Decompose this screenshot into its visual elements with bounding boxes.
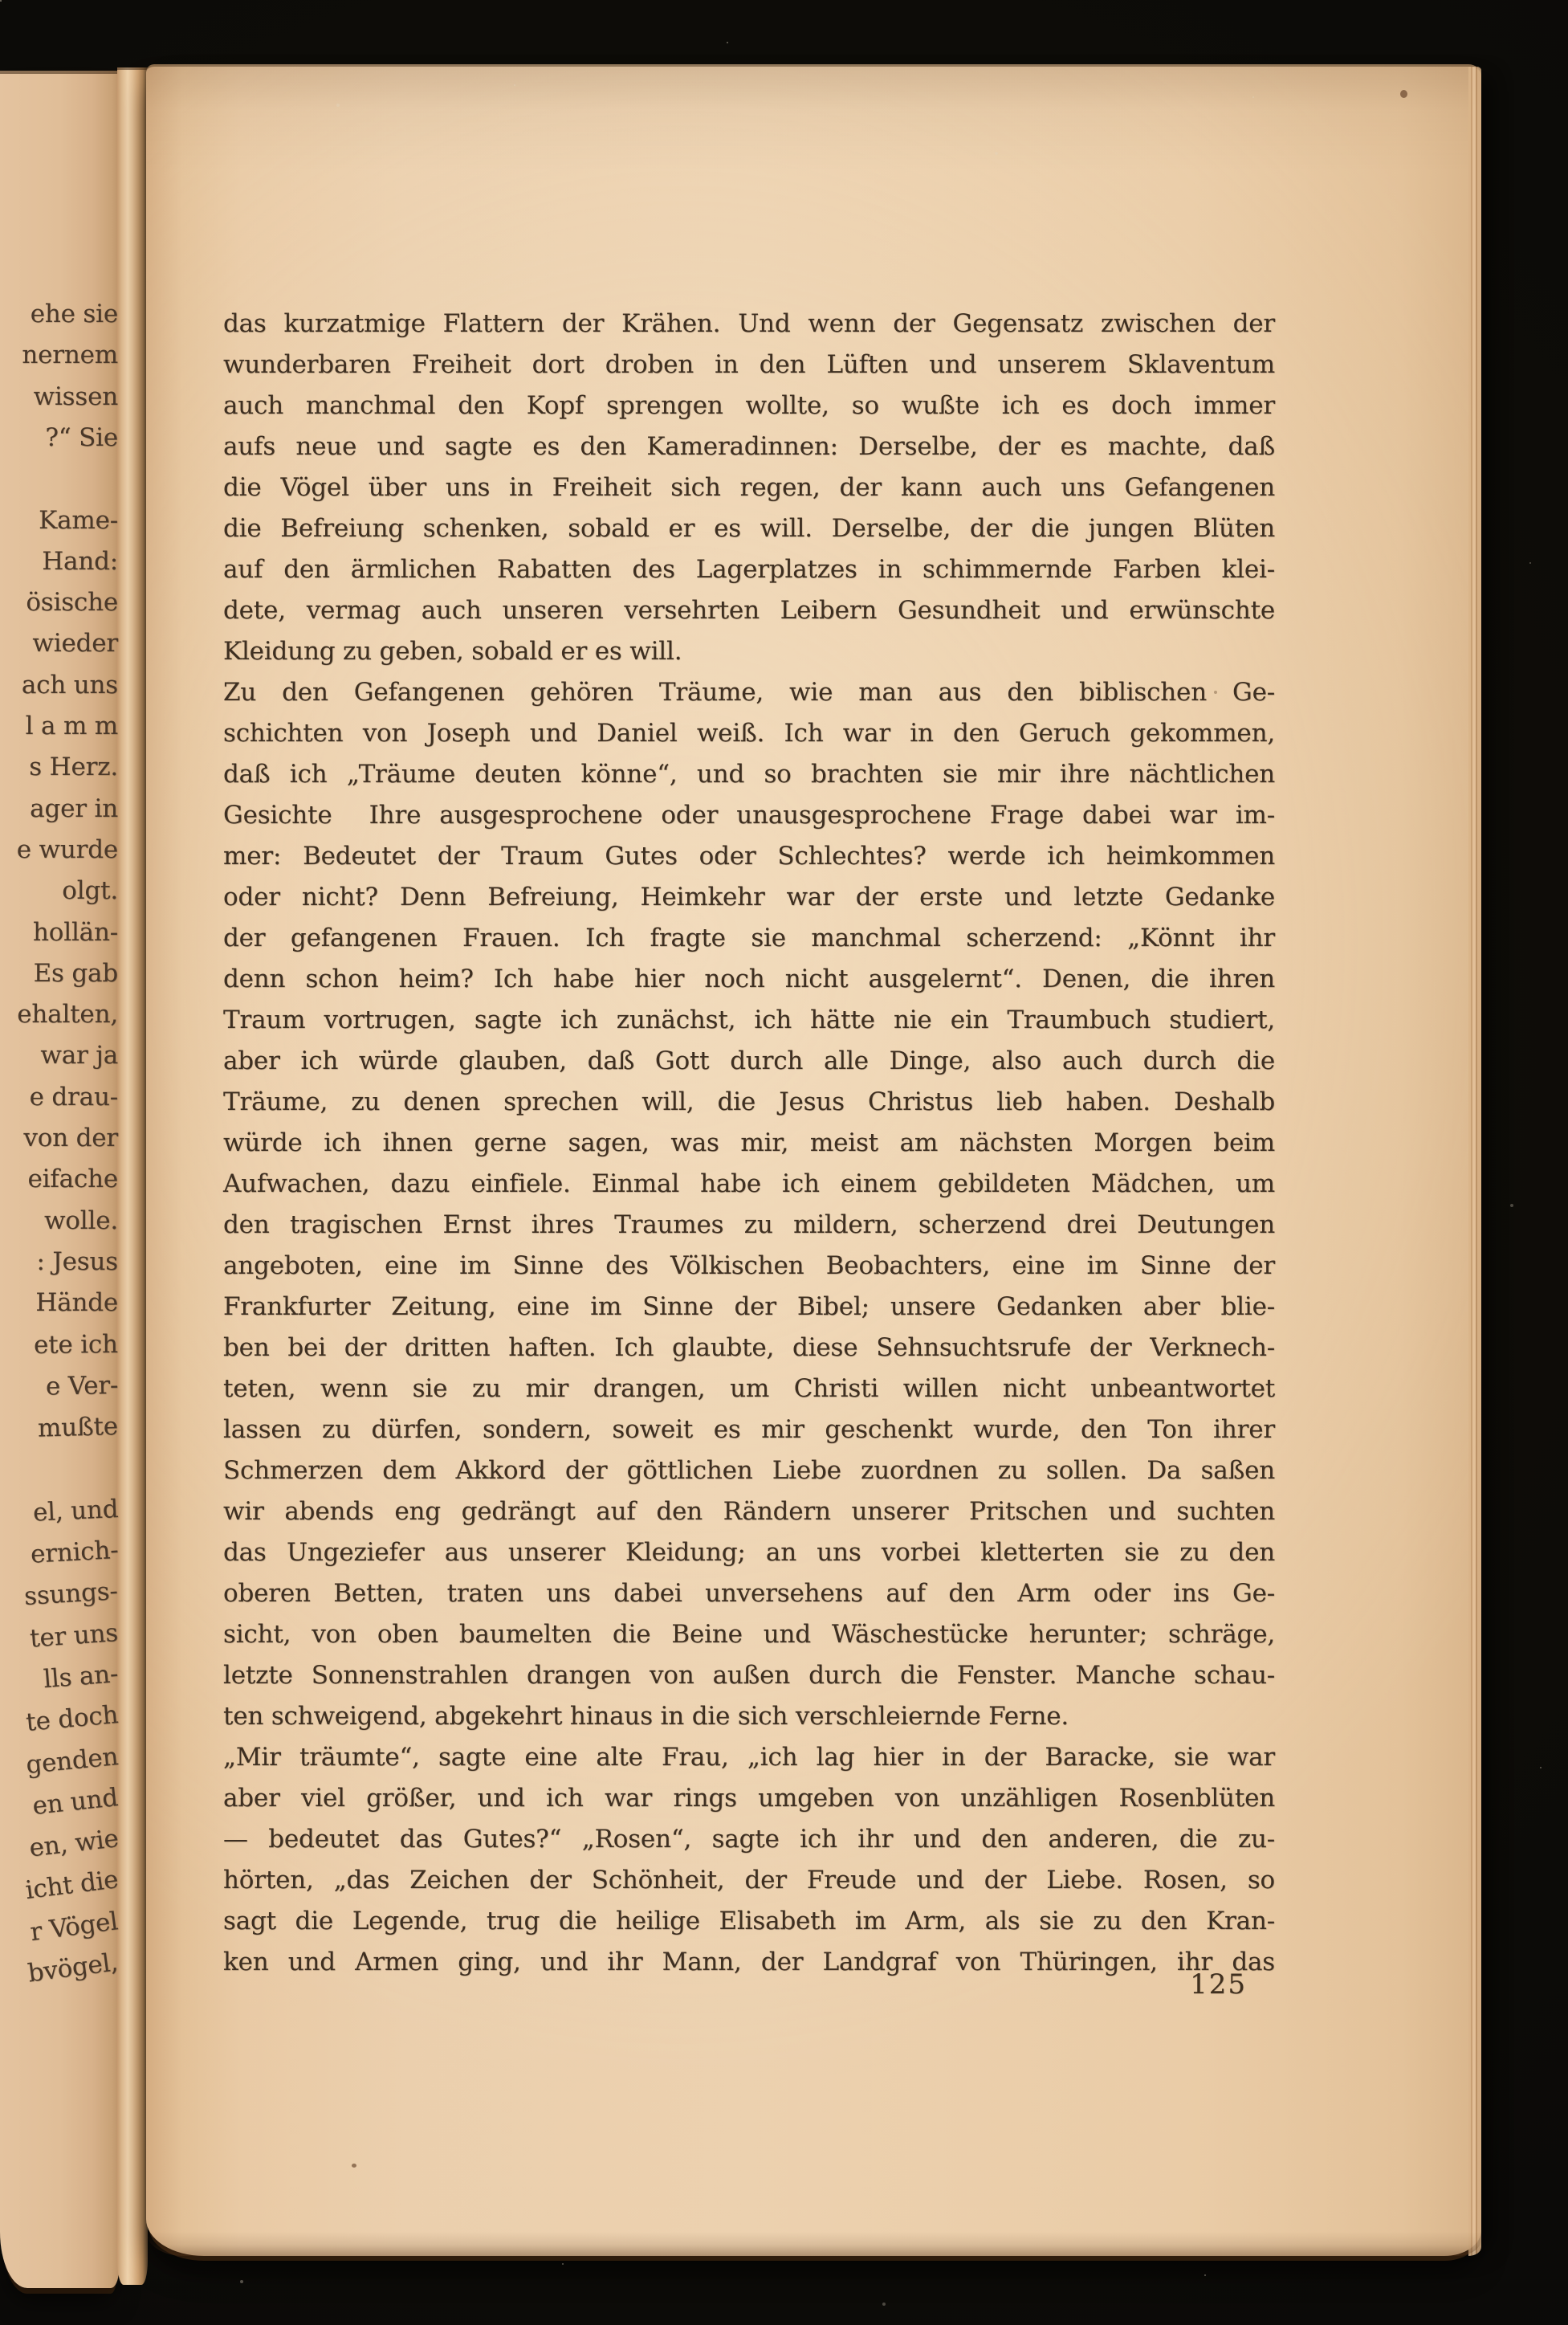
text-line: Zu den Gefangenen gehören Träume, wie ma… — [223, 672, 1275, 713]
text-line: schichten von Joseph und Daniel weiß. Ic… — [223, 713, 1275, 754]
margin-fragment: ete ich — [34, 1332, 118, 1358]
paper-fleck — [1400, 90, 1407, 98]
margin-fragment: e Ver- — [46, 1373, 119, 1400]
margin-fragment: s Herz. — [29, 755, 118, 780]
text-line: letzte Sonnenstrahlen drangen von außen … — [223, 1655, 1275, 1696]
text-line: angeboten, eine im Sinne des Völkischen … — [223, 1246, 1275, 1287]
text-line: Frankfurter Zeitung, eine im Sinne der B… — [223, 1287, 1275, 1328]
text-line: auch manchmal den Kopf sprengen wollte, … — [223, 385, 1275, 426]
margin-fragment: r Vögel — [29, 1909, 120, 1945]
margin-fragment: genden — [25, 1744, 120, 1778]
margin-fragment: ösische — [26, 590, 118, 615]
text-line: oder nicht? Denn Befreiung, Heimkehr war… — [223, 877, 1275, 918]
text-line: auf den ärmlichen Rabatten des Lagerplat… — [223, 549, 1275, 590]
paper-fleck — [277, 1385, 280, 1388]
text-line: sagt die Legende, trug die heilige Elisa… — [223, 1901, 1275, 1942]
text-line: „Mir träumte“, sagte eine alte Frau, „ic… — [223, 1737, 1275, 1778]
margin-fragment: Es gab — [34, 961, 118, 986]
margin-fragment: ehe sie — [31, 302, 118, 327]
text-line: lassen zu dürfen, sondern, soweit es mir… — [223, 1409, 1275, 1450]
margin-fragment: nernem — [22, 343, 118, 368]
text-line: wir abends eng gedrängt auf den Rändern … — [223, 1491, 1275, 1532]
margin-fragment: eifache — [28, 1167, 119, 1192]
book-photo: ehe sienernemwissen?“ SieKame-Hand:ösisc… — [0, 0, 1568, 2325]
dust-specks — [0, 0, 2, 2]
text-line: oberen Betten, traten uns dabei unverseh… — [223, 1573, 1275, 1614]
margin-fragment: war ja — [40, 1043, 118, 1068]
text-line: die Vögel über uns in Freiheit sich rege… — [223, 467, 1275, 508]
margin-fragment: olgt. — [62, 879, 118, 903]
page-number: 125 — [223, 1968, 1247, 2001]
text-line: den tragischen Ernst ihres Traumes zu mi… — [223, 1205, 1275, 1246]
text-line: würde ich ihnen gerne sagen, was mir, me… — [223, 1123, 1275, 1164]
book-page: das kurzatmige Flattern der Krähen. Und … — [146, 64, 1481, 2256]
page-text: das kurzatmige Flattern der Krähen. Und … — [223, 304, 1275, 1983]
paper-fleck — [352, 2164, 356, 2168]
margin-fragment: wieder — [32, 631, 118, 656]
margin-fragment: e drau- — [30, 1085, 118, 1110]
text-line: aber viel größer, und ich war rings umge… — [223, 1778, 1275, 1819]
text-line: sicht, von oben baumelten die Beine und … — [223, 1614, 1275, 1655]
margin-fragment: hollän- — [33, 920, 118, 945]
text-line: ben bei der dritten haften. Ich glaubte,… — [223, 1328, 1275, 1368]
margin-fragment: en, wie — [28, 1826, 120, 1861]
margin-fragment: el, und — [32, 1497, 119, 1526]
text-line: Gesichte Ihre ausgesprochene oder unausg… — [223, 795, 1275, 836]
text-line: wunderbaren Freiheit dort droben in den … — [223, 345, 1275, 385]
paper-fleck — [1214, 691, 1217, 694]
margin-fragment: : Jesus — [37, 1250, 118, 1275]
text-line: teten, wenn sie zu mir drangen, um Chris… — [223, 1368, 1275, 1409]
margin-fragment: Kame- — [39, 508, 118, 533]
text-line: Aufwachen, dazu einfiele. Einmal habe ic… — [223, 1164, 1275, 1205]
text-line: das kurzatmige Flattern der Krähen. Und … — [223, 304, 1275, 345]
text-line: dete, vermag auch unseren versehrten Lei… — [223, 590, 1275, 631]
text-line: aufs neue und sagte es den Kameradinnen:… — [223, 426, 1275, 467]
text-line: das Ungeziefer aus unserer Kleidung; an … — [223, 1532, 1275, 1573]
margin-fragment: lls an- — [43, 1662, 119, 1692]
text-line: Träume, zu denen sprechen will, die Jesu… — [223, 1082, 1275, 1123]
margin-fragment: Hand: — [42, 549, 118, 574]
text-line: daß ich „Träume deuten könne“, und so br… — [223, 754, 1275, 795]
margin-fragment: ehalten, — [17, 1002, 118, 1027]
left-page-fragments: ehe sienernemwissen?“ SieKame-Hand:ösisc… — [0, 0, 122, 2325]
margin-fragment: Hände — [35, 1291, 118, 1315]
margin-fragment: e wurde — [17, 838, 118, 863]
margin-fragment: wissen — [34, 385, 118, 410]
text-line: Traum vortrugen, sagte ich zunächst, ich… — [223, 1000, 1275, 1041]
text-line: die Befreiung schenken, sobald er es wil… — [223, 508, 1275, 549]
text-line: der gefangenen Frauen. Ich fragte sie ma… — [223, 918, 1275, 959]
margin-fragment: ach uns — [22, 673, 118, 698]
text-line: hörten, „das Zeichen der Schönheit, der … — [223, 1860, 1275, 1901]
margin-fragment: bvögel, — [26, 1950, 120, 1986]
text-line: Schmerzen dem Akkord der göttlichen Lieb… — [223, 1450, 1275, 1491]
margin-fragment: ager in — [30, 797, 118, 822]
text-line: — bedeutet das Gutes?“ „Rosen“, sagte ic… — [223, 1819, 1275, 1860]
margin-fragment: l a m m — [26, 714, 118, 739]
margin-fragment: mußte — [38, 1414, 119, 1442]
margin-fragment: icht die — [24, 1867, 120, 1903]
margin-fragment: von der — [23, 1126, 118, 1151]
margin-fragment: wolle. — [44, 1209, 118, 1234]
text-line: aber ich würde glauben, daß Gott durch a… — [223, 1041, 1275, 1082]
text-line: Kleidung zu geben, sobald er es will. — [223, 631, 1275, 672]
text-line: mer: Bedeutet der Traum Gutes oder Schle… — [223, 836, 1275, 877]
margin-fragment: ssungs- — [24, 1579, 119, 1609]
margin-fragment: ernich- — [30, 1538, 119, 1568]
margin-fragment: en und — [31, 1785, 119, 1819]
margin-fragment: ?“ Sie — [45, 426, 118, 451]
text-line: denn schon heim? Ich habe hier noch nich… — [223, 959, 1275, 1000]
text-line: ten schweigend, abgekehrt hinaus in die … — [223, 1696, 1275, 1737]
margin-fragment: te doch — [25, 1703, 119, 1736]
margin-fragment: ter uns — [29, 1621, 119, 1652]
